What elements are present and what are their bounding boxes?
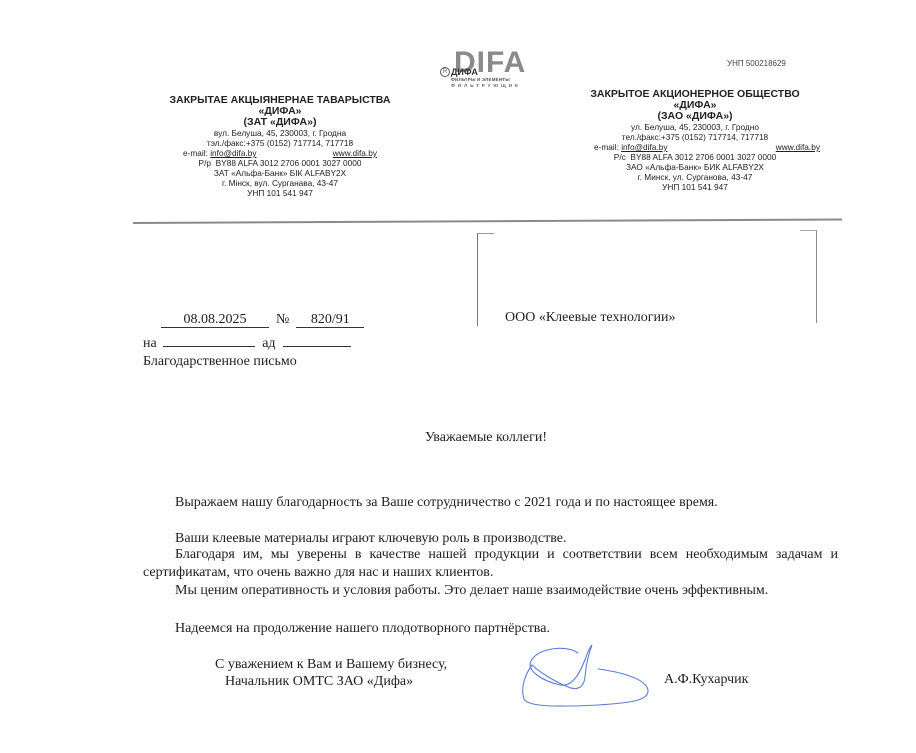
bank-address-ru: г. Минск, ул. Сурганова, 43-47	[570, 172, 820, 182]
addressee-bracket-right	[800, 230, 817, 323]
email-link[interactable]: info@difa.by	[621, 142, 667, 152]
company-short-name-be: (ЗАТ «ДИФА»)	[150, 117, 410, 128]
contacts-be: e-mail: info@difa.by www.difa.by	[150, 148, 410, 158]
on-value	[163, 346, 255, 347]
paragraph-efficiency: Мы ценим оперативность и условия работы.…	[143, 582, 838, 600]
account-be: Р/р BY88 ALFA 3012 2706 0001 3027 0000	[150, 158, 410, 168]
company-short-name-ru: (ЗАО «ДИФА»)	[570, 111, 820, 122]
closing: С уважением к Вам и Вашему бизнесу, Нача…	[215, 656, 447, 690]
logo-tagline-1: ФИЛЬТРЫ И ЭЛЕМЕНТЫ	[451, 77, 510, 82]
email-ru: e-mail: info@difa.by	[594, 142, 667, 152]
phone-be: тэл./факс:+375 (0152) 717714, 717718	[150, 138, 410, 148]
unp-ru: УНП 101 541 947	[570, 182, 820, 192]
logo-cyrillic: ДИФА	[451, 67, 478, 77]
header-unp: УНП 500218629	[727, 59, 786, 68]
from-label: ад	[262, 336, 275, 351]
registration-date-number: 08.08.2025 № 820/91	[143, 312, 364, 328]
account-label: Р/р	[199, 158, 211, 168]
signer-name: А.Ф.Кухарчик	[664, 672, 748, 688]
registered-trademark-icon: R	[440, 67, 450, 77]
letter-date: 08.08.2025	[161, 312, 269, 328]
address-be: вул. Белуша, 45, 230003, г. Гродна	[150, 128, 410, 138]
bank-address-be: г. Мінск, вул. Сурганава, 43-47	[150, 178, 410, 188]
website-link[interactable]: www.difa.by	[333, 148, 377, 158]
header-divider	[133, 219, 842, 224]
address-ru: ул. Белуша, 45, 230003, г. Гродно	[570, 122, 820, 132]
paragraph-partnership: Надеемся на продолжение нашего плодотвор…	[175, 620, 550, 638]
email-label: e-mail:	[594, 142, 619, 152]
contacts-ru: e-mail: info@difa.by www.difa.by	[570, 142, 820, 152]
addressee-bracket-left	[477, 233, 494, 326]
signature-icon	[518, 643, 653, 708]
registration-reference: на ад	[143, 336, 351, 352]
paragraph-quality: Благодаря им, мы уверены в качестве наше…	[143, 546, 838, 582]
paragraph-gratitude: Выражаем нашу благодарность за Ваше сотр…	[175, 494, 718, 512]
email-link[interactable]: info@difa.by	[210, 148, 256, 158]
letter-number: 820/91	[296, 312, 364, 328]
on-label: на	[143, 336, 157, 351]
website-link[interactable]: www.difa.by	[776, 142, 820, 152]
from-value	[283, 346, 351, 347]
difa-logo: DIFA R ДИФА ФИЛЬТРЫ И ЭЛЕМЕНТЫ ФИЛЬТРУЮЩ…	[440, 52, 530, 92]
signer-position: Начальник ОМТС ЗАО «Дифа»	[215, 673, 447, 690]
unp-be: УНП 101 541 947	[150, 188, 410, 198]
letterhead-left: ЗАКРЫТАЕ АКЦЫЯНЕРНАЕ ТАВАРЫСТВА «ДИФА» (…	[150, 94, 410, 198]
bank-ru: ЗАО «Альфа-Банк» БИК ALFABY2X	[570, 162, 820, 172]
letter-subject: Благодарственное письмо	[143, 354, 297, 370]
account-label: Р/с	[614, 152, 626, 162]
phone-ru: тел./факс:+375 (0152) 717714, 717718	[570, 132, 820, 142]
letterhead-right: ЗАКРЫТОЕ АКЦИОНЕРНОЕ ОБЩЕСТВО «ДИФА» (ЗА…	[570, 88, 820, 192]
email-label: e-mail:	[183, 148, 208, 158]
email-be: e-mail: info@difa.by	[183, 148, 256, 158]
closing-regards: С уважением к Вам и Вашему бизнесу,	[215, 656, 447, 673]
bank-be: ЗАТ «Альфа-Банк» БІК ALFABY2X	[150, 168, 410, 178]
account-number: BY88 ALFA 3012 2706 0001 3027 0000	[630, 152, 776, 162]
addressee: ООО «Клеевые технологии»	[505, 310, 675, 326]
number-sign: №	[276, 312, 289, 327]
salutation: Уважаемые коллеги!	[0, 430, 916, 446]
account-number: BY88 ALFA 3012 2706 0001 3027 0000	[216, 158, 362, 168]
logo-tagline-2: ФИЛЬТРУЮЩИЕ	[451, 83, 521, 88]
account-ru: Р/с BY88 ALFA 3012 2706 0001 3027 0000	[570, 152, 820, 162]
